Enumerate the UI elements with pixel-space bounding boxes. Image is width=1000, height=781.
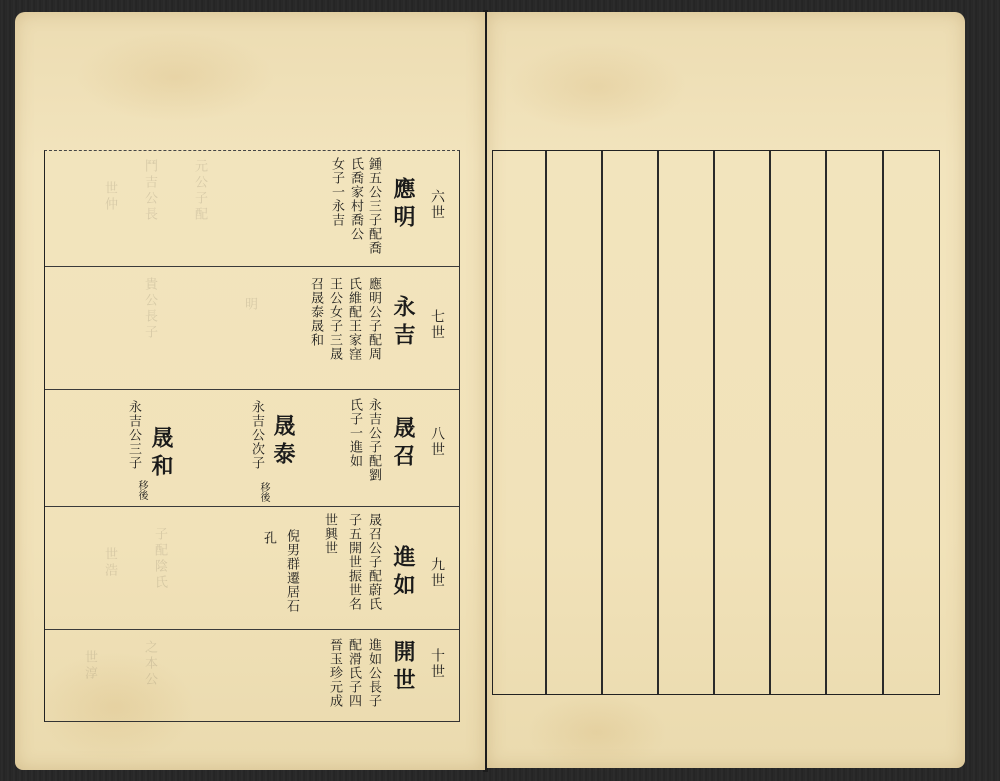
grid-column-line xyxy=(882,151,884,694)
grid-column-line xyxy=(769,151,771,694)
person-name: 晟召 xyxy=(388,416,419,472)
genealogy-table: 鬥吉公長 元公子配 世仲 六世 應明 鍾五公三子配喬 氏喬家村喬公 女子一永吉 … xyxy=(44,150,460,722)
blank-ruled-grid xyxy=(492,150,940,695)
person-note: 永吉公三子 xyxy=(125,400,141,470)
person-note: 配滑氏子四 xyxy=(345,638,361,708)
person-note: 子五開世振世名 xyxy=(345,513,361,611)
person-note: 氏喬家村喬公 xyxy=(347,157,363,241)
generation-label: 七世 xyxy=(427,309,447,341)
person-name: 晟泰 xyxy=(268,414,299,470)
person-note: 永吉公子配劉 xyxy=(365,398,381,482)
bleed-through-text: 貴公長子 xyxy=(140,277,159,341)
bleed-through-text: 明 xyxy=(240,297,259,313)
person-small-note: 移後 xyxy=(256,482,271,502)
person-note: 孔 xyxy=(260,531,276,545)
grid-column-line xyxy=(713,151,715,694)
generation-row-8: 八世 晟召 永吉公子配劉 氏子一進如 晟泰 永吉公次子 移後 晟和 永吉公三子 … xyxy=(45,390,459,507)
left-page: 鬥吉公長 元公子配 世仲 六世 應明 鍾五公三子配喬 氏喬家村喬公 女子一永吉 … xyxy=(15,12,485,770)
bleed-through-text: 世淳 xyxy=(80,650,99,682)
bleed-through-text: 世浩 xyxy=(100,547,119,579)
bleed-through-text: 鬥吉公長 xyxy=(140,159,159,223)
grid-column-line xyxy=(825,151,827,694)
grid-column-line xyxy=(657,151,659,694)
person-note: 永吉公次子 xyxy=(248,400,264,470)
person-note: 應明公子配周 xyxy=(365,277,381,361)
person-note: 女子一永吉 xyxy=(328,157,344,227)
generation-label: 九世 xyxy=(427,557,447,589)
person-note: 氏子一進如 xyxy=(346,398,362,468)
generation-row-6: 鬥吉公長 元公子配 世仲 六世 應明 鍾五公三子配喬 氏喬家村喬公 女子一永吉 xyxy=(45,151,459,267)
grid-column-line xyxy=(545,151,547,694)
generation-row-10: 之本公 世淳 十世 開世 進如公長子 配滑氏子四 晉玉珍元成 xyxy=(45,630,459,721)
person-small-note: 移後 xyxy=(134,480,149,500)
generation-row-7: 貴公長子 明 七世 永吉 應明公子配周 氏維配王家窪 王公女子三晟 召晟泰晟和 xyxy=(45,267,459,390)
person-name: 晟和 xyxy=(146,426,177,482)
bleed-through-text: 元公子配 xyxy=(190,159,209,223)
person-name: 永吉 xyxy=(388,295,419,351)
generation-label: 八世 xyxy=(427,426,447,458)
generation-row-9: 子配陰氏 世浩 九世 進如 晟召公子配蔚氏 子五開世振世名 世興世 倪男群遷居石… xyxy=(45,507,459,630)
person-note: 召晟泰晟和 xyxy=(307,277,323,347)
paper-stain xyxy=(507,42,687,132)
grid-column-line xyxy=(601,151,603,694)
person-note: 倪男群遷居石 xyxy=(283,529,299,613)
person-name: 開世 xyxy=(388,640,419,696)
paper-stain xyxy=(75,32,275,122)
person-note: 晟召公子配蔚氏 xyxy=(365,513,381,611)
person-note: 王公女子三晟 xyxy=(326,277,342,361)
person-note: 世興世 xyxy=(321,513,337,555)
person-name: 進如 xyxy=(388,545,419,601)
bleed-through-text: 世仲 xyxy=(100,181,119,213)
bleed-through-text: 子配陰氏 xyxy=(150,527,169,591)
right-page xyxy=(487,12,965,768)
person-note: 氏維配王家窪 xyxy=(345,277,361,361)
bleed-through-text: 之本公 xyxy=(140,640,159,688)
generation-label: 十世 xyxy=(427,648,447,680)
person-note: 進如公長子 xyxy=(365,638,381,708)
person-note: 鍾五公三子配喬 xyxy=(365,157,381,255)
person-name: 應明 xyxy=(388,177,419,233)
paper-stain xyxy=(527,692,667,772)
person-note: 晉玉珍元成 xyxy=(326,638,342,708)
generation-label: 六世 xyxy=(427,189,447,221)
